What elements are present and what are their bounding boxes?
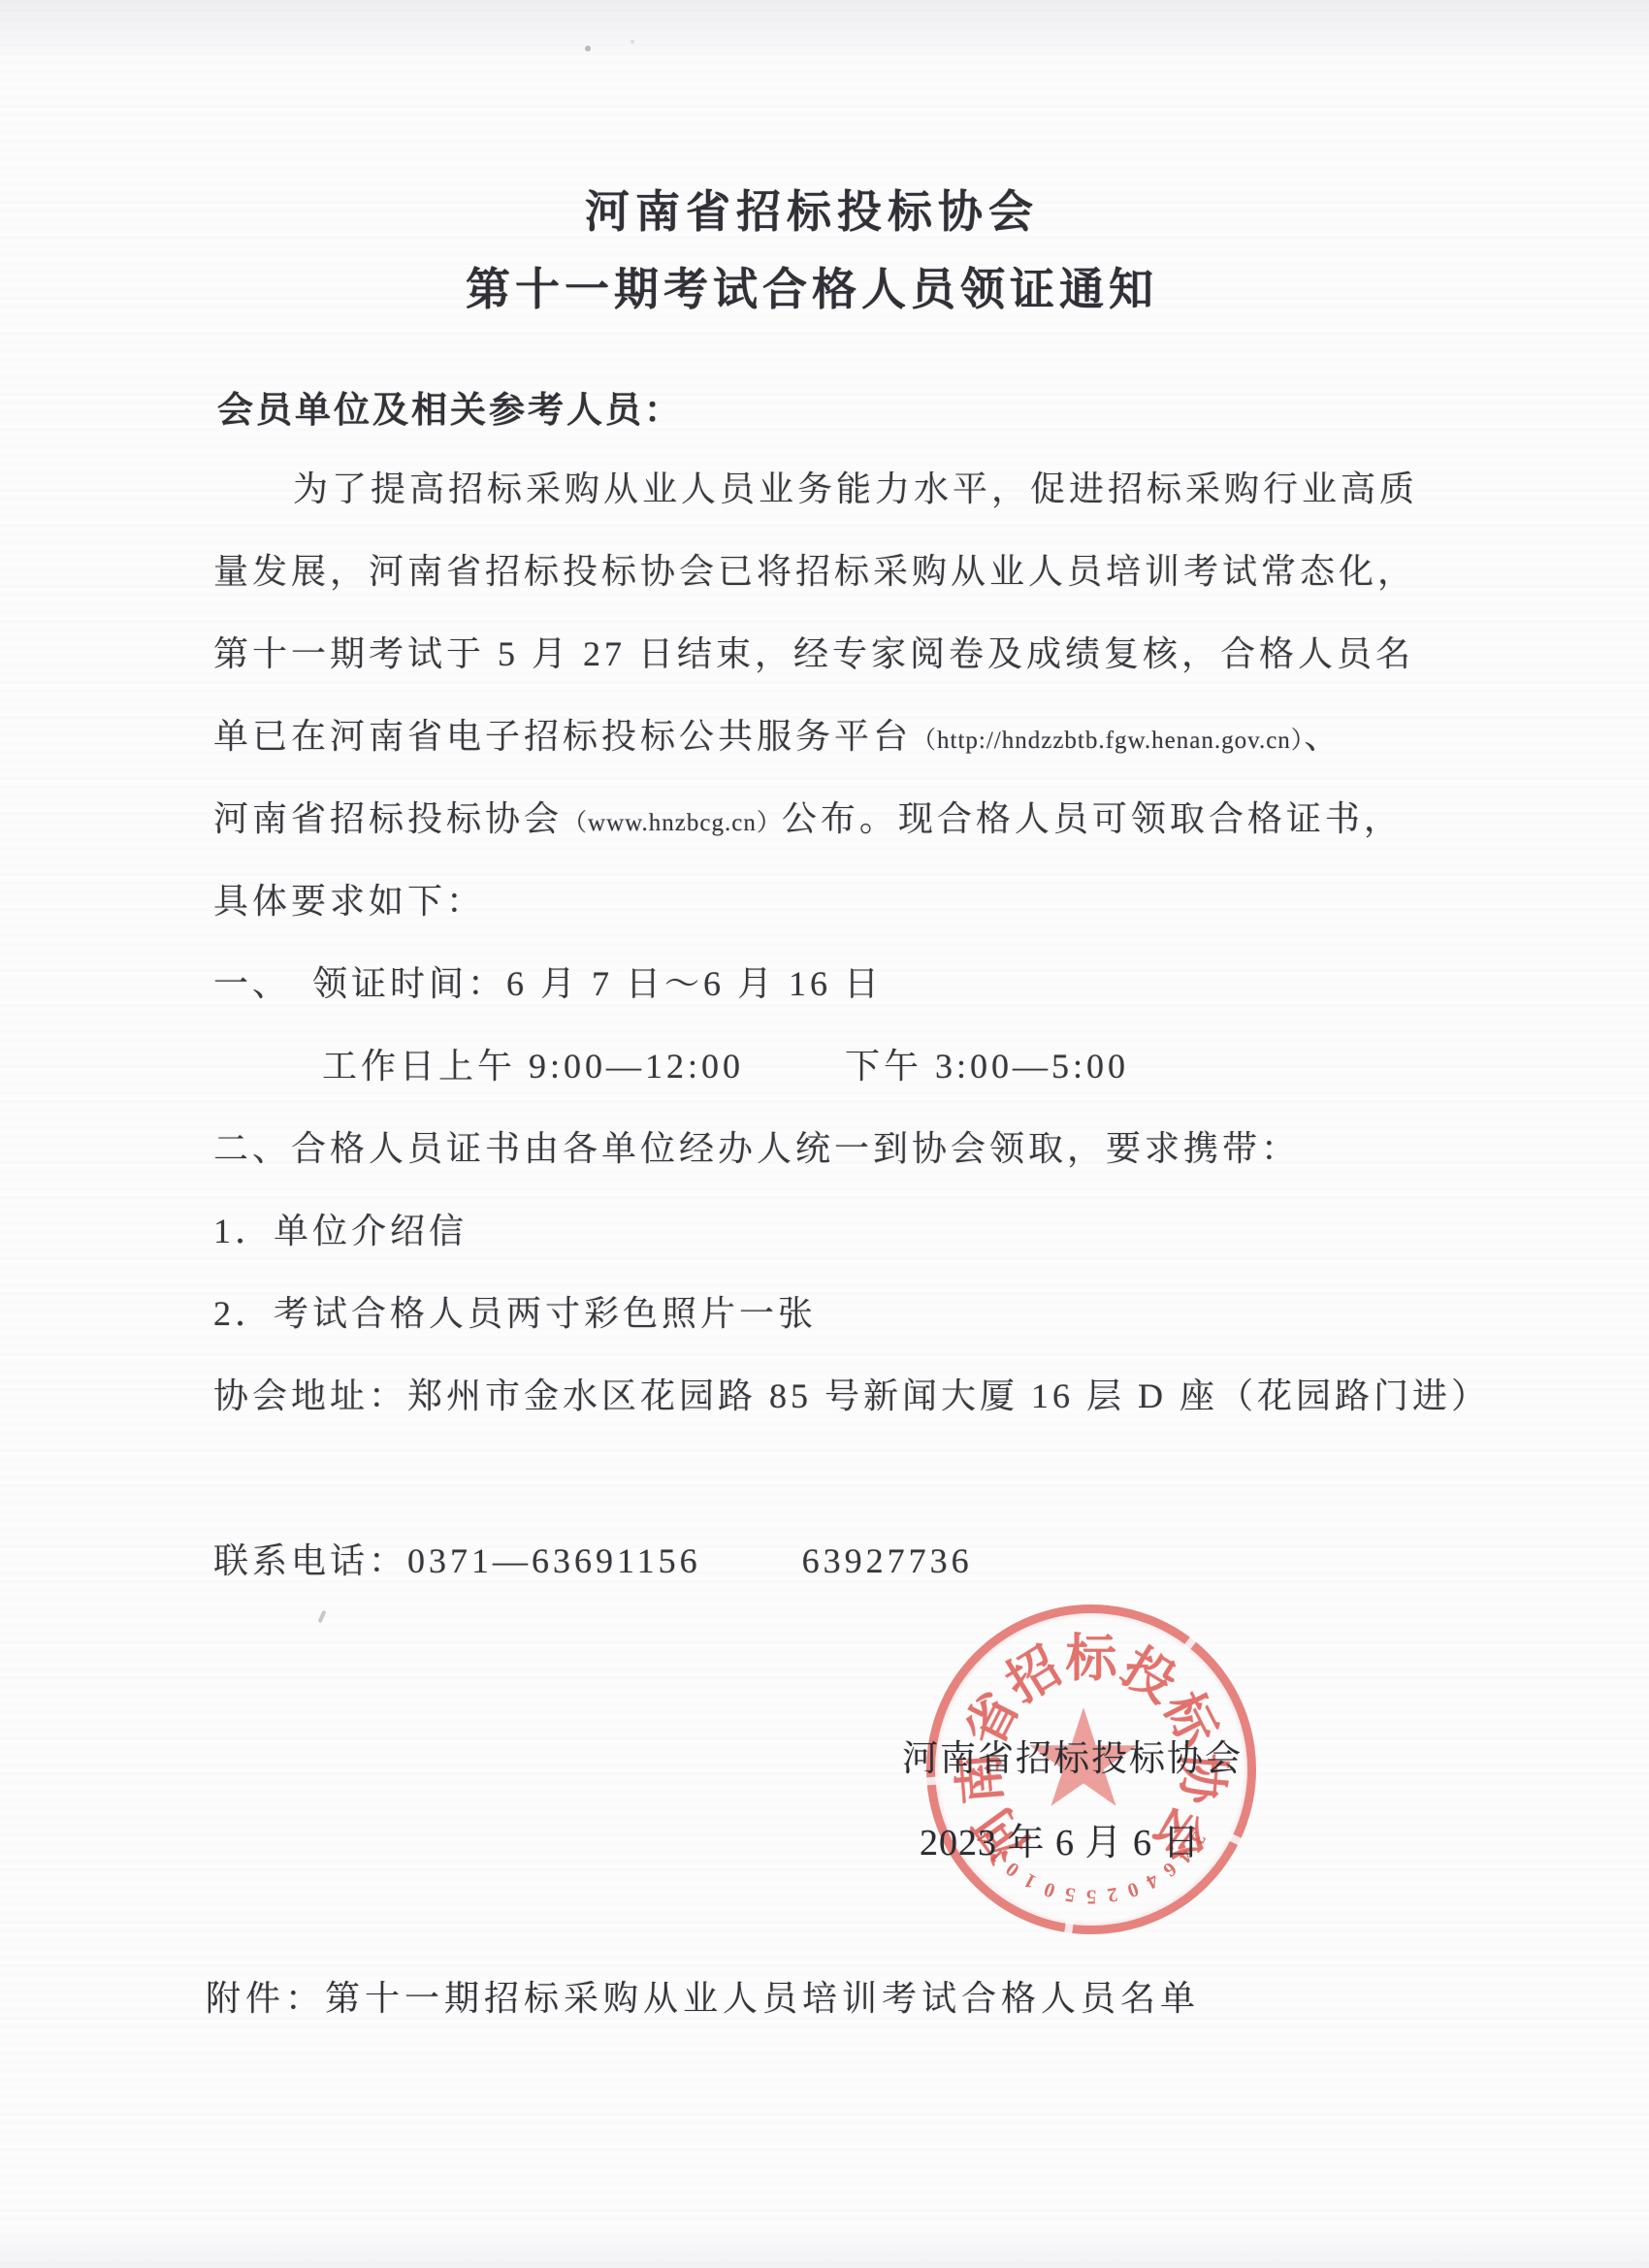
body-text-segment: （www.hnzbcg.cn） — [563, 810, 782, 836]
body-line: 量发展，河南省招标投标协会已将招标采购从业人员培训考试常态化， — [213, 531, 1440, 613]
body-text-segment: 下午 3:00—5:00 — [845, 1047, 1129, 1085]
body-text-segment: 具体要求如下： — [213, 882, 485, 921]
body-text-segment: 一、 领证时间：6 月 7 日～6 月 16 日 — [213, 964, 883, 1003]
signature-date: 2023 年 6 月 6 日 — [920, 1812, 1201, 1865]
seal-arc-char: 标 — [1066, 1635, 1117, 1686]
seal-code-digit: 5 — [1086, 1887, 1097, 1907]
body-text-segment: （http://hndzzbtb.fgw.henan.gov.cn） — [912, 728, 1304, 754]
body-line: 第十一期考试于 5 月 27 日结束，经专家阅卷及成绩复核，合格人员名 — [213, 613, 1440, 696]
body-text-segment: 公布。现合格人员可领取合格证书， — [782, 799, 1403, 838]
body-text-segment: 为了提高招标采购从业人员业务能力水平，促进招标采购行业高质 — [293, 470, 1418, 508]
scan-speck — [585, 46, 591, 51]
body-text-segment: 联系电话：0371—63691156 — [213, 1541, 701, 1580]
body-text-segment: 工作日上午 9:00—12:00 — [322, 1047, 744, 1085]
body-text-segment: 河南省招标投标协会 — [213, 799, 563, 838]
blank-line — [213, 1438, 1440, 1520]
body-text-segment: 量发展，河南省招标投标协会已将招标采购从业人员培训考试常态化， — [213, 552, 1416, 591]
signature-organization: 河南省招标投标协会 — [902, 1729, 1243, 1781]
seal-ring-gap — [1063, 1916, 1074, 1940]
scanned-notice-page: 河南省招标投标协会 第十一期考试合格人员领证通知 会员单位及相关参考人员： 为了… — [0, 0, 1649, 2268]
scan-stray-mark — [318, 1610, 327, 1624]
scan-speck — [630, 40, 634, 44]
body-text-segment: 2．考试合格人员两寸彩色照片一张 — [213, 1294, 817, 1333]
body-line: 具体要求如下： — [213, 860, 1440, 943]
document-title-line2: 第十一期考试合格人员领证通知 — [0, 254, 1624, 318]
body-line: 工作日上午 9:00—12:00下午 3:00—5:00 — [213, 1025, 1440, 1108]
body-line: 协会地址：郑州市金水区花园路 85 号新闻大厦 16 层 D 座（花园路门进） — [213, 1355, 1440, 1438]
body-text-segment: 单已在河南省电子招标投标公共服务平台 — [213, 717, 912, 756]
document-title-line1: 河南省招标投标协会 — [0, 177, 1624, 241]
body-text-segment: 1．单位介绍信 — [213, 1212, 468, 1250]
body-line: 单已在河南省电子招标投标公共服务平台（http://hndzzbtb.fgw.h… — [213, 696, 1440, 778]
body-line: 二、合格人员证书由各单位经办人统一到协会领取，要求携带： — [213, 1108, 1440, 1190]
salutation: 会员单位及相关参考人员： — [217, 390, 683, 433]
body-text-segment: 第十一期考试于 5 月 27 日结束，经专家阅卷及成绩复核，合格人员名 — [213, 634, 1414, 673]
body-paragraph: 为了提高招标采购从业人员业务能力水平，促进招标采购行业高质量发展，河南省招标投标… — [213, 448, 1440, 1603]
body-line: 联系电话：0371—6369115663927736 — [213, 1520, 1440, 1603]
body-line: 河南省招标投标协会（www.hnzbcg.cn）公布。现合格人员可领取合格证书， — [213, 778, 1440, 860]
attachment-note: 附件：第十一期招标采购从业人员培训考试合格人员名单 — [206, 1971, 1200, 2021]
body-line: 1．单位介绍信 — [213, 1190, 1440, 1273]
body-text-segment: 63927736 — [802, 1541, 973, 1580]
body-text-segment: 协会地址：郑州市金水区花园路 85 号新闻大厦 16 层 D 座（花园路门进） — [213, 1377, 1490, 1415]
body-text-segment: 、 — [1304, 717, 1342, 756]
body-line: 为了提高招标采购从业人员业务能力水平，促进招标采购行业高质 — [213, 448, 1440, 531]
body-text-segment: 二、合格人员证书由各单位经办人统一到协会领取，要求携带： — [213, 1129, 1300, 1168]
body-line: 2．考试合格人员两寸彩色照片一张 — [213, 1273, 1440, 1355]
body-line: 一、 领证时间：6 月 7 日～6 月 16 日 — [213, 943, 1440, 1025]
